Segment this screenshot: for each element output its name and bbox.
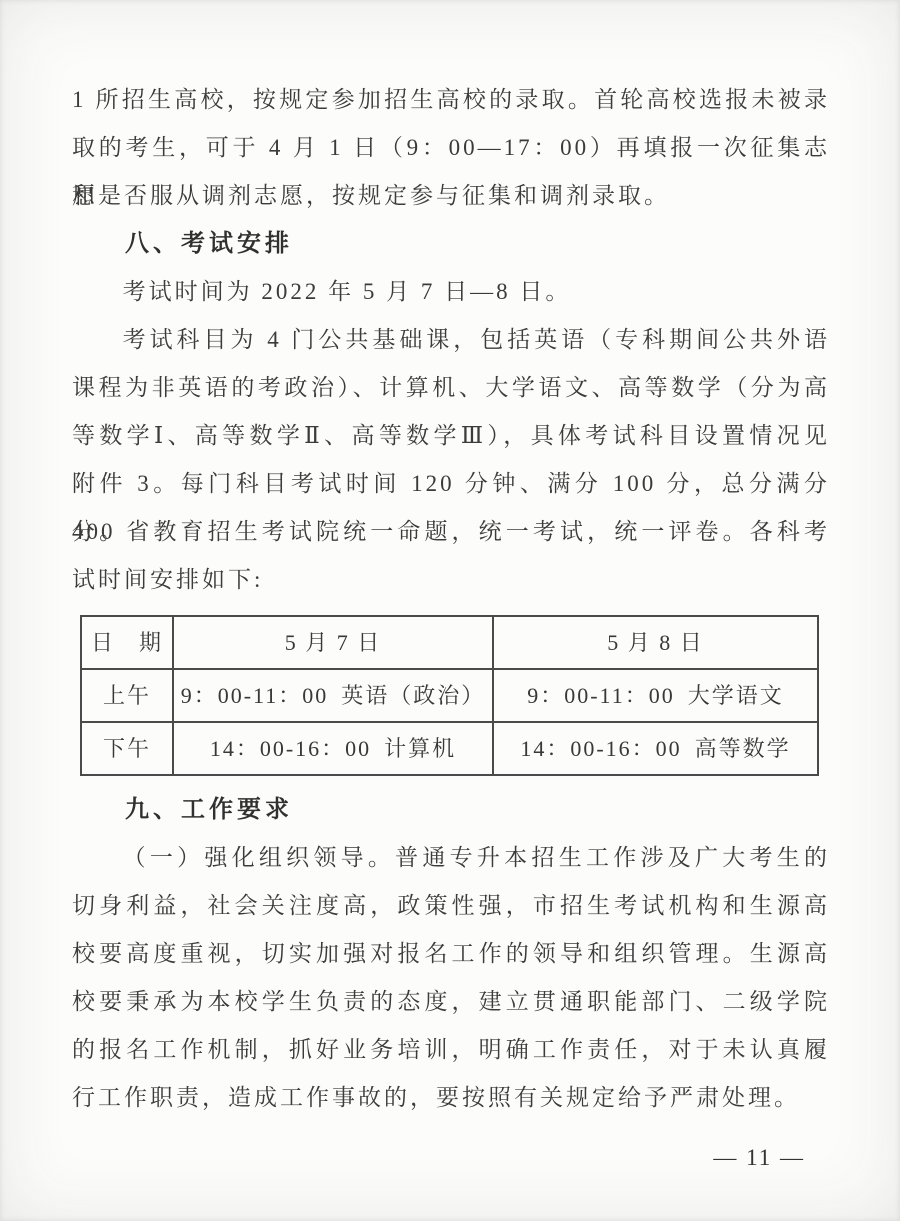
table-cell-afternoon-label: 下午 xyxy=(81,722,173,775)
subjects-paragraph-line: 等数学Ⅰ、高等数学Ⅱ、高等数学Ⅲ），具体考试科目设置情况见 xyxy=(72,412,830,460)
requirements-paragraph-line: （一）强化组织领导。普通专升本招生工作涉及广大考生的 xyxy=(72,834,830,882)
subjects-paragraph-line: 附件 3。每门科目考试时间 120 分钟、满分 100 分，总分满分 400 xyxy=(72,460,830,508)
requirements-paragraph-line: 行工作职责，造成工作事故的，要按照有关规定给予严肃处理。 xyxy=(72,1074,830,1122)
exam-schedule-table: 日 期 5 月 7 日 5 月 8 日 上午 9：00-11：00 英语（政治）… xyxy=(80,615,819,776)
table-row-morning: 上午 9：00-11：00 英语（政治） 9：00-11：00 大学语文 xyxy=(81,669,818,722)
carryover-paragraph-line: 1 所招生高校，按规定参加招生高校的录取。首轮高校选报未被录 xyxy=(72,76,830,124)
requirements-paragraph-line: 切身利益，社会关注度高，政策性强，市招生考试机构和生源高 xyxy=(72,882,830,930)
carryover-paragraph-line: 和是否服从调剂志愿，按规定参与征集和调剂录取。 xyxy=(72,172,830,220)
section-9-heading: 九、工作要求 xyxy=(125,786,830,834)
carryover-paragraph-line: 取的考生，可于 4 月 1 日（9：00—17：00）再填报一次征集志愿 xyxy=(72,124,830,172)
section-8-heading: 八、考试安排 xyxy=(125,220,830,268)
table-header-may8: 5 月 8 日 xyxy=(493,616,818,669)
subjects-paragraph-line: 分。省教育招生考试院统一命题，统一考试，统一评卷。各科考 xyxy=(72,508,830,556)
subjects-paragraph-line: 考试科目为 4 门公共基础课，包括英语（专科期间公共外语 xyxy=(72,316,830,364)
subjects-paragraph-line: 试时间安排如下: xyxy=(72,556,830,604)
requirements-paragraph-line: 校要高度重视，切实加强对报名工作的领导和组织管理。生源高 xyxy=(72,930,830,978)
document-page: 1 所招生高校，按规定参加招生高校的录取。首轮高校选报未被录 取的考生，可于 4… xyxy=(0,0,900,1221)
table-cell-afternoon-may7: 14：00-16：00 计算机 xyxy=(173,722,493,775)
exam-time-paragraph: 考试时间为 2022 年 5 月 7 日—8 日。 xyxy=(72,268,830,316)
table-cell-morning-label: 上午 xyxy=(81,669,173,722)
table-cell-morning-may8: 9：00-11：00 大学语文 xyxy=(493,669,818,722)
requirements-paragraph-line: 校要秉承为本校学生负责的态度，建立贯通职能部门、二级学院 xyxy=(72,978,830,1026)
page-number: — 11 — xyxy=(713,1134,805,1182)
table-header-may7: 5 月 7 日 xyxy=(173,616,493,669)
table-row-afternoon: 下午 14：00-16：00 计算机 14：00-16：00 高等数学 xyxy=(81,722,818,775)
requirements-paragraph-line: 的报名工作机制，抓好业务培训，明确工作责任，对于未认真履 xyxy=(72,1026,830,1074)
subjects-paragraph-line: 课程为非英语的考政治）、计算机、大学语文、高等数学（分为高 xyxy=(72,364,830,412)
table-header-row: 日 期 5 月 7 日 5 月 8 日 xyxy=(81,616,818,669)
table-cell-afternoon-may8: 14：00-16：00 高等数学 xyxy=(493,722,818,775)
table-header-date: 日 期 xyxy=(81,616,173,669)
table-cell-morning-may7: 9：00-11：00 英语（政治） xyxy=(173,669,493,722)
